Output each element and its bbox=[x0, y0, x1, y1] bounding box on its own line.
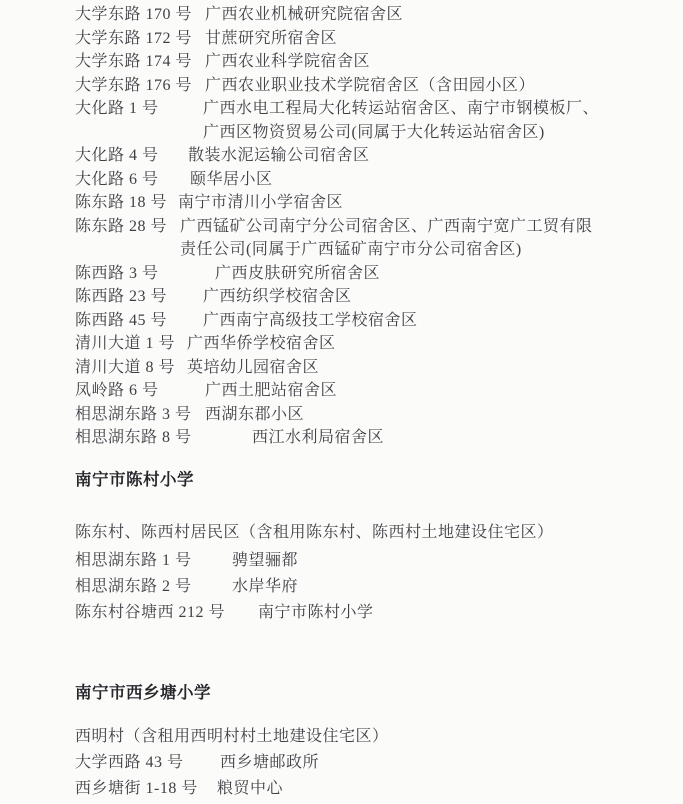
estate-name: 南宁市清川小学宿舍区 bbox=[178, 191, 667, 215]
street-address: 大学西路 43 号 bbox=[75, 750, 184, 776]
estate-name: 广西水电工程局大化转运站宿舍区、南宁市钢模板厂、 广西区物资贸易公司(同属于大化… bbox=[203, 97, 667, 144]
district-description-xixiangtang: 西明村（含租用西明村村土地建设住宅区） bbox=[75, 724, 667, 749]
street-address: 大学东路 176 号 bbox=[75, 74, 192, 98]
section-heading-xixiangtang: 南宁市西乡塘小学 bbox=[75, 680, 667, 705]
address-row: 陈东路 18 号南宁市清川小学宿舍区 bbox=[75, 191, 667, 215]
street-address: 大化路 1 号 bbox=[75, 97, 159, 121]
address-row: 相思湖东路 2 号水岸华府 bbox=[75, 574, 667, 600]
estate-name: 英培幼儿园宿舍区 bbox=[187, 356, 667, 380]
address-list-continuation: 大学东路 170 号广西农业机械研究院宿舍区大学东路 172 号甘蔗研究所宿舍区… bbox=[75, 3, 667, 450]
address-row: 陈西路 3 号广西皮肤研究所宿舍区 bbox=[75, 262, 667, 286]
street-address: 相思湖东路 3 号 bbox=[75, 403, 192, 427]
estate-name: 广西土肥站宿舍区 bbox=[205, 379, 667, 403]
estate-name: 骋望骊都 bbox=[232, 548, 667, 574]
street-address: 陈东路 28 号 bbox=[75, 215, 167, 239]
estate-name: 广西农业职业技术学院宿舍区（含田园小区） bbox=[205, 74, 667, 98]
street-address: 陈西路 45 号 bbox=[75, 309, 167, 333]
estate-name: 粮贸中心 bbox=[217, 776, 667, 802]
estate-name: 西湖东郡小区 bbox=[205, 403, 667, 427]
address-row: 大化路 1 号广西水电工程局大化转运站宿舍区、南宁市钢模板厂、 广西区物资贸易公… bbox=[75, 97, 667, 144]
address-row: 大学东路 174 号广西农业科学院宿舍区 bbox=[75, 50, 667, 74]
street-address: 陈西路 3 号 bbox=[75, 262, 159, 286]
estate-name: 广西纺织学校宿舍区 bbox=[203, 285, 667, 309]
document-page: 大学东路 170 号广西农业机械研究院宿舍区大学东路 172 号甘蔗研究所宿舍区… bbox=[0, 0, 683, 804]
street-address: 清川大道 8 号 bbox=[75, 356, 175, 380]
estate-name: 广西锰矿公司南宁分公司宿舍区、广西南宁宽广工贸有限 责任公司(同属于广西锰矿南宁… bbox=[180, 215, 667, 262]
address-row: 相思湖东路 3 号西湖东郡小区 bbox=[75, 403, 667, 427]
street-address: 陈东路 18 号 bbox=[75, 191, 167, 215]
estate-name: 广西皮肤研究所宿舍区 bbox=[215, 262, 667, 286]
estate-name: 南宁市陈村小学 bbox=[258, 600, 667, 626]
street-address: 大学东路 170 号 bbox=[75, 3, 192, 27]
street-address: 清川大道 1 号 bbox=[75, 332, 175, 356]
street-address: 西乡塘街 1-18 号 bbox=[75, 776, 198, 802]
address-row: 陈西路 45 号广西南宁高级技工学校宿舍区 bbox=[75, 309, 667, 333]
estate-name: 广西农业科学院宿舍区 bbox=[205, 50, 667, 74]
address-list-chencun: 相思湖东路 1 号骋望骊都相思湖东路 2 号水岸华府陈东村谷塘西 212 号南宁… bbox=[75, 548, 667, 626]
section-chencun-primary-school: 南宁市陈村小学 陈东村、陈西村居民区（含租用陈东村、陈西村土地建设住宅区） 相思… bbox=[75, 468, 667, 626]
street-address: 相思湖东路 2 号 bbox=[75, 574, 192, 600]
street-address: 大学东路 174 号 bbox=[75, 50, 192, 74]
street-address: 相思湖东路 8 号 bbox=[75, 426, 192, 450]
address-row: 陈东路 28 号广西锰矿公司南宁分公司宿舍区、广西南宁宽广工贸有限 责任公司(同… bbox=[75, 215, 667, 262]
district-description-chencun: 陈东村、陈西村居民区（含租用陈东村、陈西村土地建设住宅区） bbox=[75, 520, 667, 545]
street-address: 陈东村谷塘西 212 号 bbox=[75, 600, 225, 626]
street-address: 陈西路 23 号 bbox=[75, 285, 167, 309]
estate-name: 西江水利局宿舍区 bbox=[252, 426, 667, 450]
estate-name: 散装水泥运输公司宿舍区 bbox=[188, 144, 667, 168]
address-row: 大学东路 172 号甘蔗研究所宿舍区 bbox=[75, 27, 667, 51]
section-xixiangtang-primary-school: 南宁市西乡塘小学 西明村（含租用西明村村土地建设住宅区） 大学西路 43 号西乡… bbox=[75, 680, 667, 802]
estate-name: 水岸华府 bbox=[232, 574, 667, 600]
street-address: 大化路 4 号 bbox=[75, 144, 159, 168]
street-address: 大化路 6 号 bbox=[75, 168, 159, 192]
address-row: 相思湖东路 8 号西江水利局宿舍区 bbox=[75, 426, 667, 450]
document-content: 大学东路 170 号广西农业机械研究院宿舍区大学东路 172 号甘蔗研究所宿舍区… bbox=[75, 3, 667, 802]
street-address: 大学东路 172 号 bbox=[75, 27, 192, 51]
address-row: 清川大道 8 号英培幼儿园宿舍区 bbox=[75, 356, 667, 380]
street-address: 相思湖东路 1 号 bbox=[75, 548, 192, 574]
estate-name: 甘蔗研究所宿舍区 bbox=[205, 27, 667, 51]
section-continuation: 大学东路 170 号广西农业机械研究院宿舍区大学东路 172 号甘蔗研究所宿舍区… bbox=[75, 3, 667, 450]
address-row: 大学西路 43 号西乡塘邮政所 bbox=[75, 750, 667, 776]
address-row: 大学东路 176 号广西农业职业技术学院宿舍区（含田园小区） bbox=[75, 74, 667, 98]
section-heading-chencun: 南宁市陈村小学 bbox=[75, 468, 667, 492]
address-row: 大化路 6 号颐华居小区 bbox=[75, 168, 667, 192]
address-row: 大学东路 170 号广西农业机械研究院宿舍区 bbox=[75, 3, 667, 27]
address-row: 凤岭路 6 号广西土肥站宿舍区 bbox=[75, 379, 667, 403]
address-list-xixiangtang: 大学西路 43 号西乡塘邮政所西乡塘街 1-18 号粮贸中心 bbox=[75, 750, 667, 802]
address-row: 陈西路 23 号广西纺织学校宿舍区 bbox=[75, 285, 667, 309]
estate-name: 广西南宁高级技工学校宿舍区 bbox=[203, 309, 667, 333]
street-address: 凤岭路 6 号 bbox=[75, 379, 159, 403]
address-row: 大化路 4 号散装水泥运输公司宿舍区 bbox=[75, 144, 667, 168]
address-row: 相思湖东路 1 号骋望骊都 bbox=[75, 548, 667, 574]
address-row: 陈东村谷塘西 212 号南宁市陈村小学 bbox=[75, 600, 667, 626]
address-row: 西乡塘街 1-18 号粮贸中心 bbox=[75, 776, 667, 802]
address-row: 清川大道 1 号广西华侨学校宿舍区 bbox=[75, 332, 667, 356]
estate-name: 颐华居小区 bbox=[190, 168, 667, 192]
estate-name: 广西华侨学校宿舍区 bbox=[187, 332, 667, 356]
estate-name: 广西农业机械研究院宿舍区 bbox=[205, 3, 667, 27]
estate-name: 西乡塘邮政所 bbox=[220, 750, 667, 776]
